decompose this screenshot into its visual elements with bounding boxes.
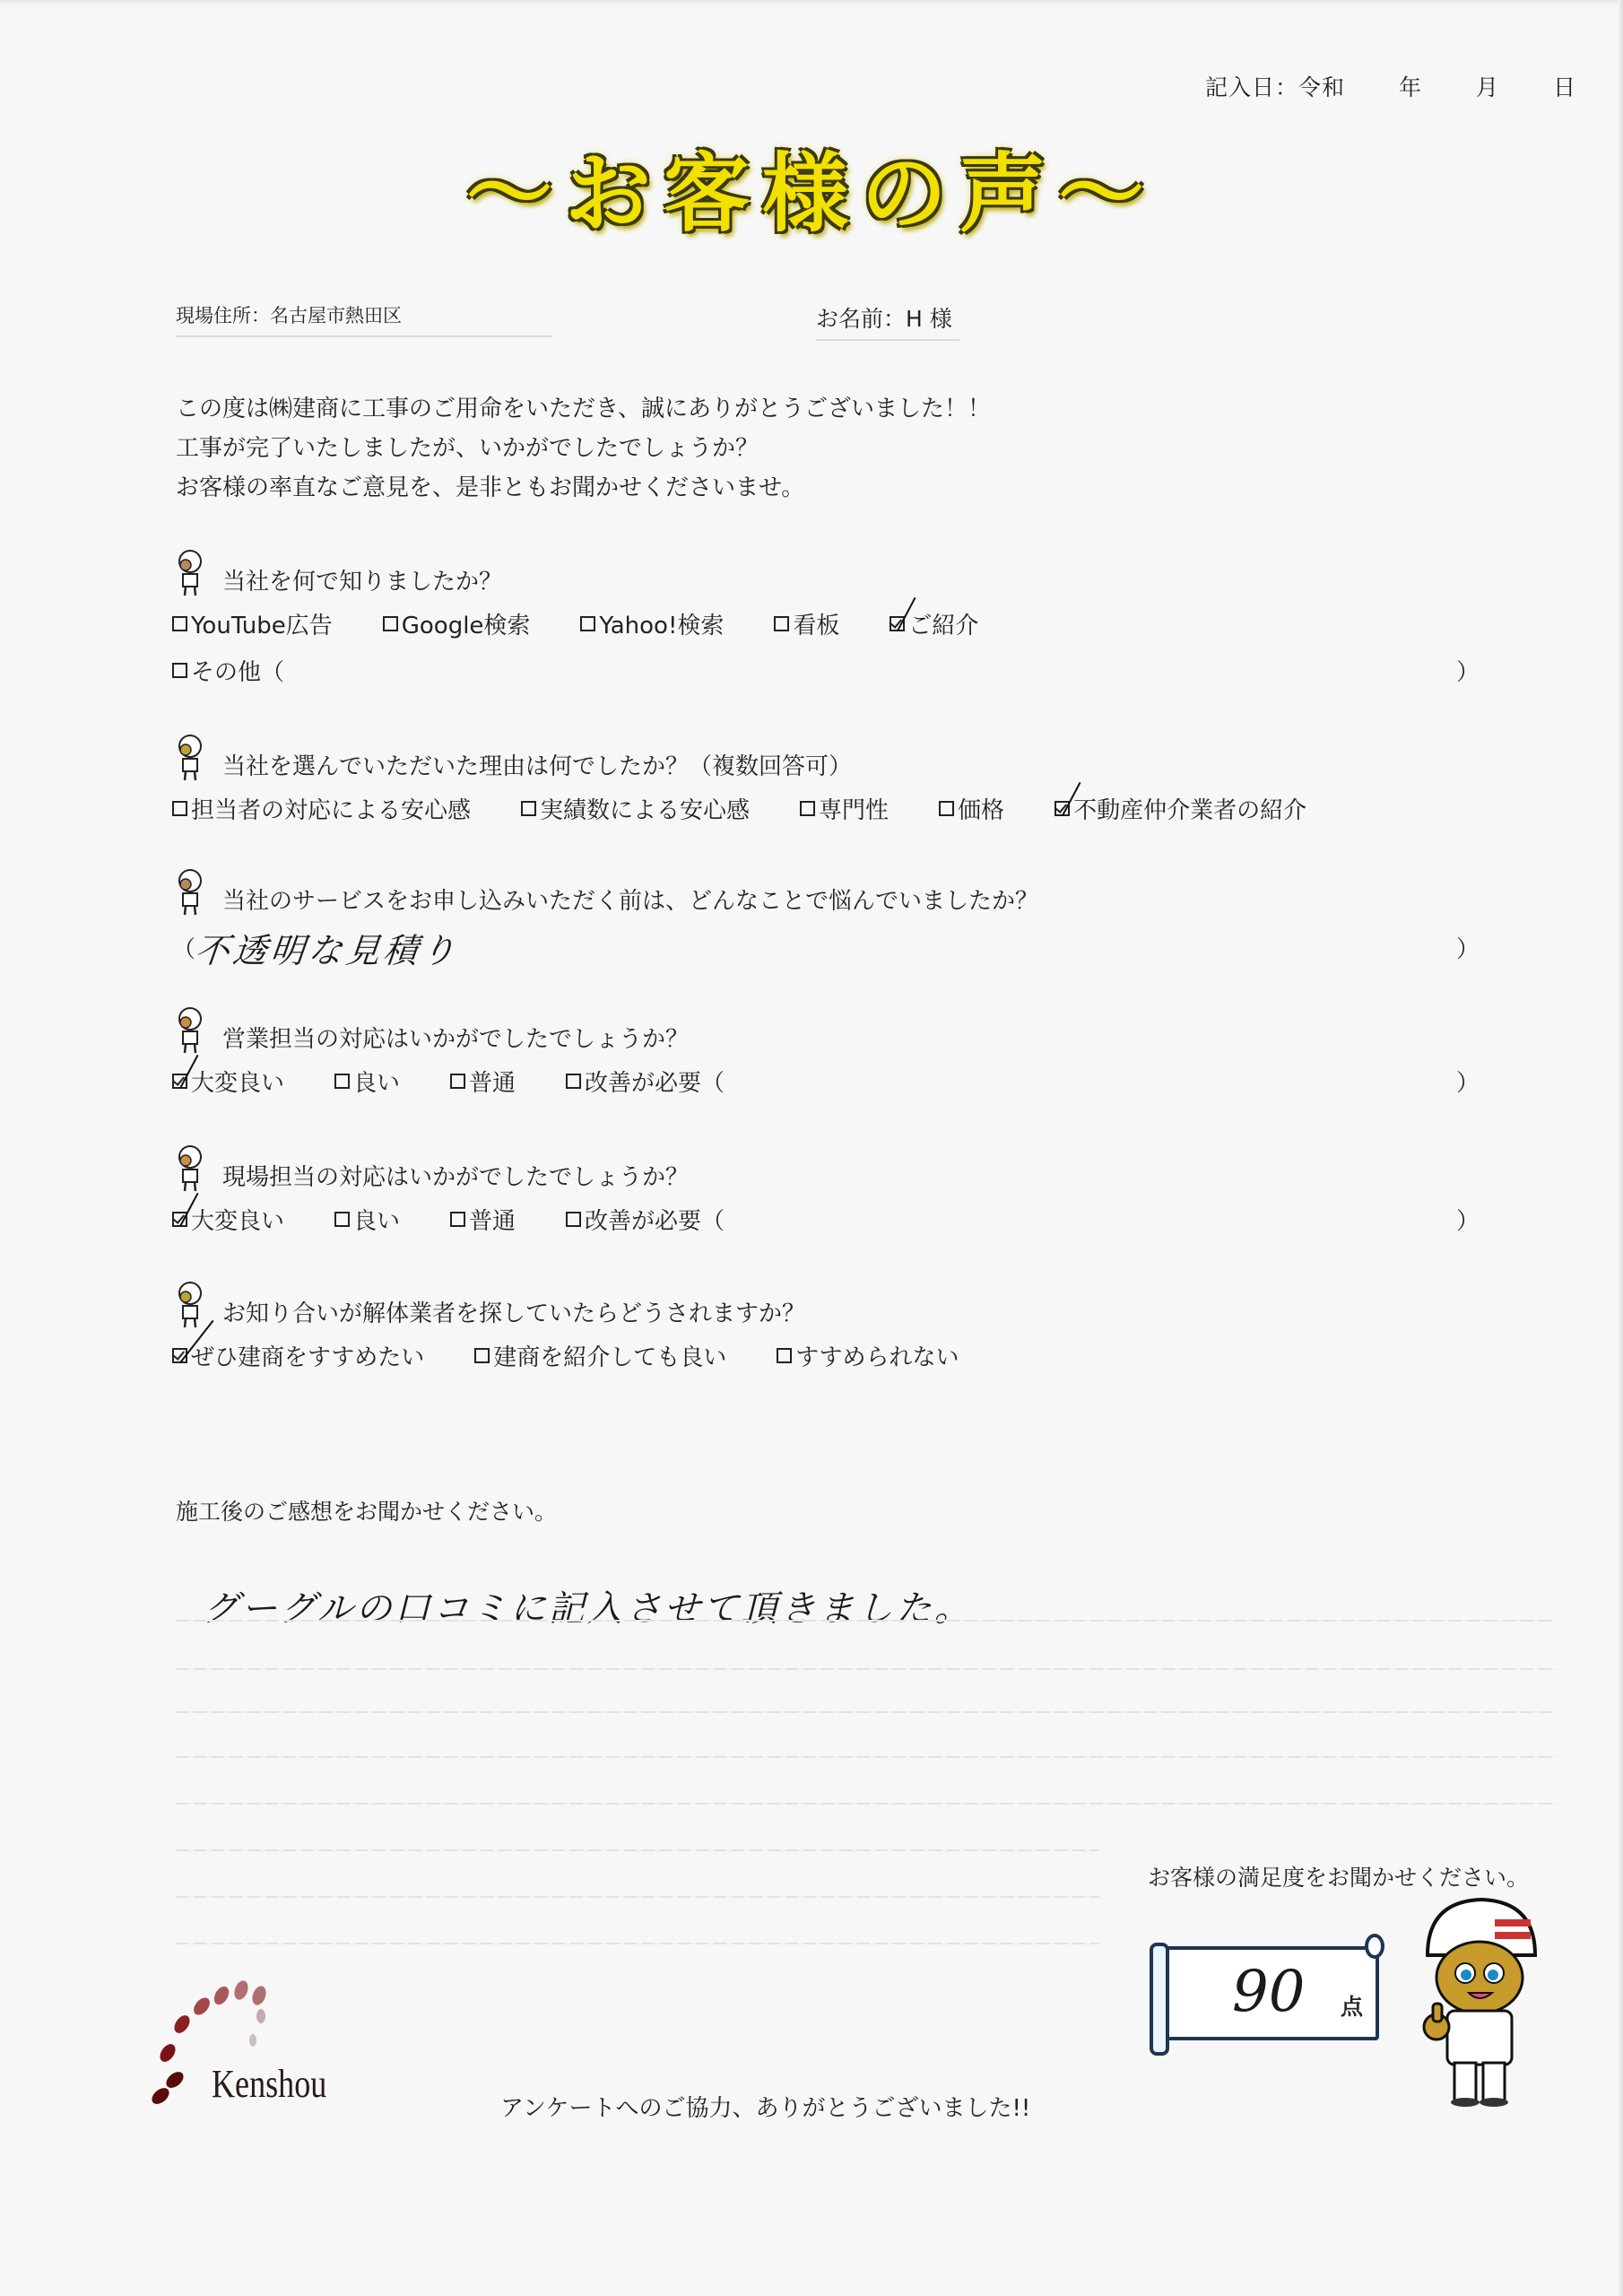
name-underline xyxy=(816,339,959,341)
option-label: ぜひ建商をすすめたい xyxy=(191,1339,424,1372)
option-label: その他（ xyxy=(191,654,284,687)
question-title: 当社を選んでいただいた理由は何でしたか？（複数回答可） xyxy=(222,752,852,782)
mascot-icon xyxy=(172,1281,208,1329)
checkbox-checked[interactable] xyxy=(172,1074,187,1089)
option-label: すすめられない xyxy=(795,1339,959,1372)
checkbox[interactable] xyxy=(383,616,398,631)
option-good[interactable]: 良い xyxy=(334,1203,400,1236)
satisfaction-score-scroll: 90 点 xyxy=(1157,1946,1379,2040)
checkbox-checked[interactable] xyxy=(890,616,905,631)
page-edge-top xyxy=(0,0,1623,5)
option-label: 専門性 xyxy=(819,792,889,825)
logo-dot xyxy=(191,1995,213,2018)
option-may-introduce[interactable]: 建商を紹介しても良い xyxy=(474,1339,726,1372)
close-paren: ） xyxy=(1456,1203,1480,1236)
option-signboard[interactable]: 看板 xyxy=(774,607,839,640)
checkbox[interactable] xyxy=(800,801,815,816)
option-needs-improvement[interactable]: 改善が必要（ xyxy=(566,1065,725,1098)
concerns-answer-field[interactable]: 不透明な見積り xyxy=(193,923,462,972)
option-cannot-recommend[interactable]: すすめられない xyxy=(777,1339,959,1372)
checkbox-checked[interactable] xyxy=(1055,801,1070,816)
comments-field[interactable]: グーグルの口コミに記入させて頂きました。 xyxy=(203,1580,973,1631)
open-paren: （ xyxy=(172,931,195,964)
date-year-label: 年 xyxy=(1399,70,1422,102)
site-address: 現場住所：名古屋市熱田区 xyxy=(176,301,402,328)
mascot-icon xyxy=(172,868,208,917)
date-day-label: 日 xyxy=(1553,70,1576,102)
mascot-icon xyxy=(172,734,208,782)
checkbox[interactable] xyxy=(172,663,187,678)
logo-dot xyxy=(249,2034,256,2047)
close-paren: ） xyxy=(1456,654,1480,687)
close-paren: ） xyxy=(1456,931,1480,964)
address-underline xyxy=(176,335,552,337)
date-label: 記入日：令和 xyxy=(1205,70,1345,102)
option-other[interactable]: その他（ xyxy=(172,654,284,687)
checkbox[interactable] xyxy=(334,1074,350,1089)
close-paren: ） xyxy=(1456,1065,1480,1098)
option-label: 看板 xyxy=(793,607,839,640)
comment-line xyxy=(176,1620,1557,1622)
option-excellent[interactable]: 大変良い xyxy=(172,1203,284,1236)
scroll-roll-icon xyxy=(1150,1943,1169,2056)
mascot-icon xyxy=(172,1006,208,1055)
option-label: Yahoo!検索 xyxy=(599,607,724,640)
checkbox[interactable] xyxy=(774,616,789,631)
option-real-estate-referral[interactable]: 不動産仲介業者の紹介 xyxy=(1055,792,1306,825)
logo-dot xyxy=(157,2041,178,2065)
page-title: ～お客様の声～ xyxy=(0,126,1623,248)
checkbox[interactable] xyxy=(566,1212,581,1227)
comment-line xyxy=(176,1896,1099,1898)
question-how-found: 当社を何で知りましたか？ YouTube広告 Google検索 Yahoo!検索… xyxy=(172,552,1028,691)
option-average[interactable]: 普通 xyxy=(450,1203,516,1236)
checkbox-checked[interactable] xyxy=(172,1212,187,1227)
intro-message: この度は㈱建商に工事のご用命をいただき、誠にありがとうございました！！ 工事が完… xyxy=(176,389,991,508)
question-title: お知り合いが解体業者を探していたらどうされますか？ xyxy=(222,1299,805,1329)
checkbox[interactable] xyxy=(580,616,595,631)
option-label: 改善が必要（ xyxy=(585,1203,725,1236)
option-expertise[interactable]: 専門性 xyxy=(800,792,889,825)
option-price[interactable]: 価格 xyxy=(939,792,1004,825)
score-unit: 点 xyxy=(1341,1989,1363,2022)
checkbox[interactable] xyxy=(777,1348,792,1363)
option-staff-reassurance[interactable]: 担当者の対応による安心感 xyxy=(172,792,471,825)
option-good[interactable]: 良い xyxy=(334,1065,400,1098)
option-definitely-recommend[interactable]: ぜひ建商をすすめたい xyxy=(172,1339,424,1372)
option-label: YouTube広告 xyxy=(191,607,333,640)
logo-dot xyxy=(149,2085,172,2108)
comment-line xyxy=(176,1849,1099,1851)
customer-name: お名前：H 様 xyxy=(816,301,952,334)
option-label: 良い xyxy=(353,1065,400,1098)
option-track-record[interactable]: 実績数による安心感 xyxy=(521,792,750,825)
option-label: 不動産仲介業者の紹介 xyxy=(1073,792,1306,825)
question-title: 当社を何で知りましたか？ xyxy=(222,567,502,597)
logo-text: Kenshou xyxy=(212,2061,326,2107)
question-title: 当社のサービスをお申し込みいただく前は、どんなことで悩んでいましたか？ xyxy=(222,886,1038,917)
option-referral[interactable]: ご紹介 xyxy=(890,607,978,640)
intro-line: 工事が完了いたしましたが、いかがでしたでしょうか？ xyxy=(176,429,991,468)
option-average[interactable]: 普通 xyxy=(450,1065,516,1098)
question-sales-staff: 営業担当の対応はいかがでしたでしょうか？ 大変良い 良い 普通 改善が必要（ ） xyxy=(172,1010,775,1101)
option-youtube-ad[interactable]: YouTube広告 xyxy=(172,607,333,640)
intro-line: この度は㈱建商に工事のご用命をいただき、誠にありがとうございました！！ xyxy=(176,389,991,429)
option-yahoo-search[interactable]: Yahoo!検索 xyxy=(580,607,724,640)
logo-dot xyxy=(232,1979,251,2001)
satisfaction-score-field[interactable]: 90 xyxy=(1232,1959,1305,2025)
logo-dot xyxy=(171,2013,193,2036)
checkbox[interactable] xyxy=(566,1074,581,1089)
question-concerns: 当社のサービスをお申し込みいただく前は、どんなことで悩んでいましたか？ （ 不透… xyxy=(172,872,1038,972)
logo-dot xyxy=(256,2009,265,2023)
scroll-curl-icon xyxy=(1365,1934,1384,1959)
logo-dot xyxy=(211,1984,231,2007)
option-label: 普通 xyxy=(469,1203,516,1236)
comment-line xyxy=(176,1756,1557,1758)
satisfaction-label: お客様の満足度をお聞かせください。 xyxy=(1148,1860,1529,1892)
date-month-label: 月 xyxy=(1476,70,1499,102)
question-title: 営業担当の対応はいかがでしたでしょうか？ xyxy=(222,1024,689,1055)
option-label: 担当者の対応による安心感 xyxy=(191,792,471,825)
comment-line xyxy=(176,1711,1557,1713)
option-label: Google検索 xyxy=(402,607,531,640)
question-recommend: お知り合いが解体業者を探していたらどうされますか？ ぜひ建商をすすめたい 建商を… xyxy=(172,1284,1010,1376)
logo-dot xyxy=(250,1984,269,2006)
checkbox[interactable] xyxy=(521,801,536,816)
worker-mascot-thumbs-up-icon xyxy=(1410,1892,1544,2108)
kenshou-logo: Kenshou xyxy=(149,1973,364,2108)
option-label: 大変良い xyxy=(191,1065,284,1098)
comment-line xyxy=(176,1668,1557,1670)
page-edge-right xyxy=(1618,0,1623,2296)
option-label: 普通 xyxy=(469,1065,516,1098)
option-label: ご紹介 xyxy=(908,607,978,640)
checkbox[interactable] xyxy=(939,801,954,816)
question-site-staff: 現場担当の対応はいかがでしたでしょうか？ 大変良い 良い 普通 改善が必要（ ） xyxy=(172,1148,775,1239)
option-google-search[interactable]: Google検索 xyxy=(383,607,531,640)
checkbox[interactable] xyxy=(450,1074,465,1089)
option-label: 建商を紹介しても良い xyxy=(493,1339,726,1372)
question-title: 現場担当の対応はいかがでしたでしょうか？ xyxy=(222,1162,689,1193)
intro-line: お客様の率直なご意見を、是非ともお聞かせくださいませ。 xyxy=(176,468,991,508)
option-label: 大変良い xyxy=(191,1203,284,1236)
option-excellent[interactable]: 大変良い xyxy=(172,1065,284,1098)
comment-line xyxy=(176,1943,1099,1944)
thanks-message: アンケートへのご協力、ありがとうございました!! xyxy=(500,2090,1030,2123)
checkbox[interactable] xyxy=(450,1212,465,1227)
entry-date: 記入日：令和 年 月 日 xyxy=(1205,70,1576,102)
option-label: 良い xyxy=(353,1203,400,1236)
mascot-icon xyxy=(172,549,208,597)
comment-line xyxy=(176,1803,1557,1805)
option-needs-improvement[interactable]: 改善が必要（ xyxy=(566,1203,725,1236)
question-reason-chosen: 当社を選んでいただいた理由は何でしたか？（複数回答可） 担当者の対応による安心感… xyxy=(172,737,1357,829)
option-label: 実績数による安心感 xyxy=(540,792,750,825)
checkbox-checked[interactable] xyxy=(172,1348,187,1363)
option-label: 改善が必要（ xyxy=(585,1065,725,1098)
checkbox[interactable] xyxy=(334,1212,350,1227)
checkbox[interactable] xyxy=(474,1348,490,1363)
comments-label: 施工後のご感想をお聞かせください。 xyxy=(176,1494,557,1526)
checkbox[interactable] xyxy=(172,801,187,816)
option-label: 価格 xyxy=(958,792,1004,825)
checkbox[interactable] xyxy=(172,616,187,631)
mascot-icon xyxy=(172,1144,208,1193)
